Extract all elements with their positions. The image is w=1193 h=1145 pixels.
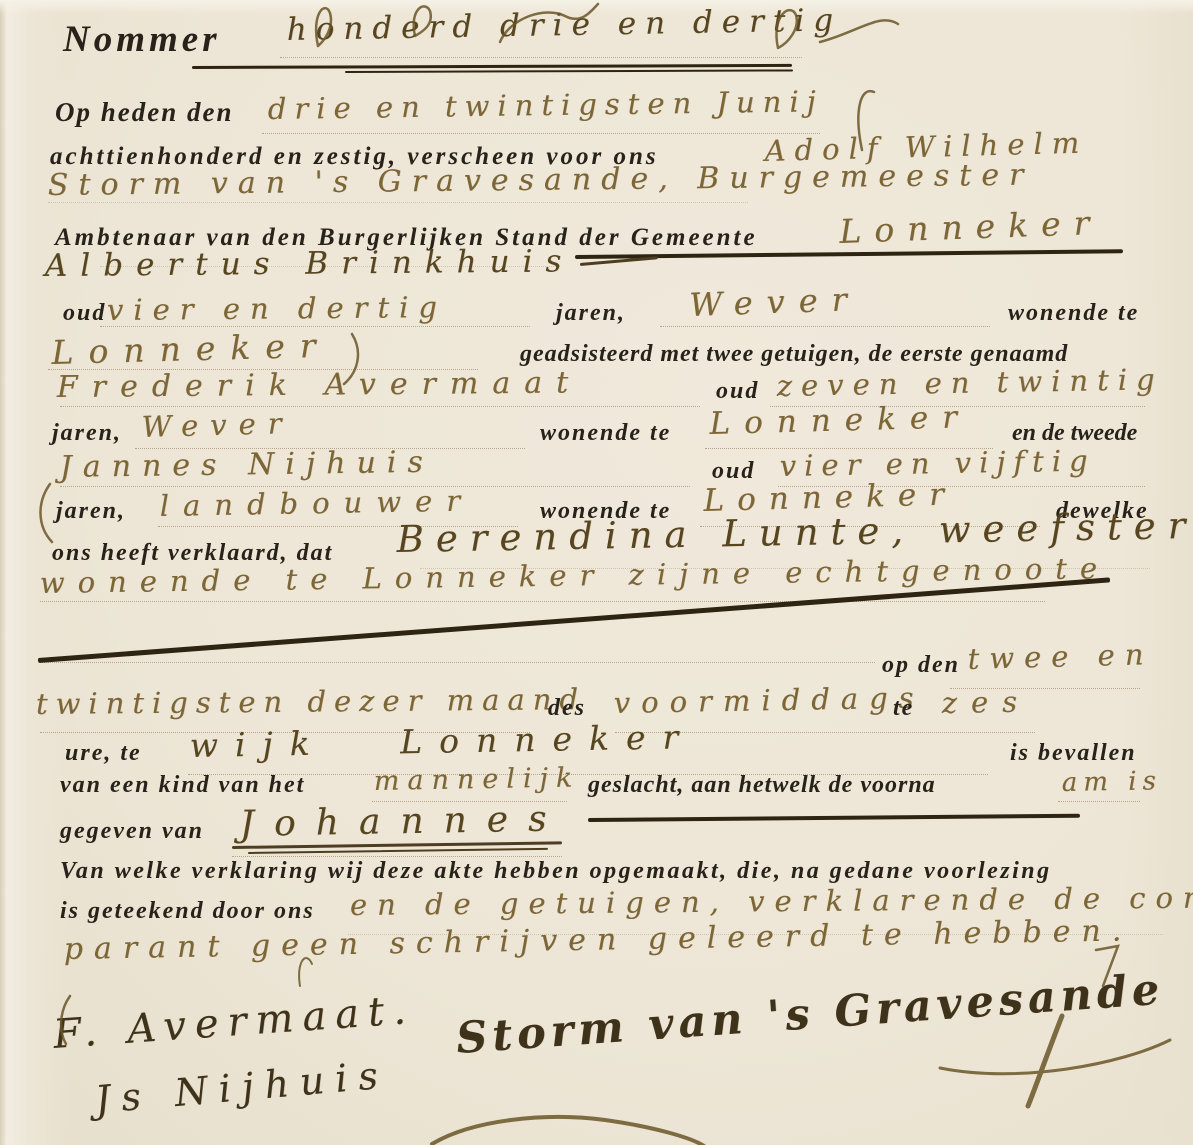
entry-witness1-age: zeven en twintig: [776, 362, 1163, 403]
entry-birth-day-part2: twintigsten dezer maand: [36, 682, 586, 721]
nommer-underline-2: [345, 69, 793, 73]
ruled-line: [40, 662, 875, 663]
entry-birth-place: wijk Lonneker: [189, 717, 695, 765]
printed-ure-te: ure, te: [65, 740, 142, 767]
printed-wonende-te-1: wonende te: [1008, 300, 1139, 327]
flourish-signature-descender: [1028, 1016, 1062, 1106]
nommer-underline: [192, 64, 792, 69]
ruled-line: [280, 57, 802, 58]
ruled-line: [1058, 801, 1140, 802]
printed-jaren: jaren,: [556, 300, 626, 327]
printed-oud: oud: [63, 300, 106, 327]
printed-op-heden-den: Op heden den: [55, 97, 234, 128]
printed-wonende-te-2: wonende te: [540, 420, 671, 447]
signature-witness2: Js Nijhuis: [93, 1052, 390, 1122]
ruled-line: [660, 326, 990, 327]
printed-geslacht-voorna: geslacht, aan hetwelk de voorna: [588, 772, 936, 799]
entry-hour: zes: [941, 684, 1031, 720]
printed-gegeven-van: gegeven van: [60, 818, 204, 845]
printed-geadsisteerd: geadsisteerd met twee getuigen, de eerst…: [520, 341, 1068, 368]
flourish-signature-underline: [940, 1040, 1170, 1074]
entry-declarant-name: Albertus Brinkhuis: [45, 243, 575, 284]
entry-witness1-occupation: Wever: [141, 406, 294, 444]
printed-op-den: op den: [882, 652, 960, 679]
printed-oud-2: oud: [716, 378, 759, 405]
nommer-label: Nommer: [63, 18, 221, 61]
ruled-line: [40, 601, 1045, 602]
entry-child-sex: mannelijk: [373, 762, 580, 797]
flourish-bottom-cutoff: [432, 1117, 704, 1145]
entry-witness1-name: Frederik Avermaat: [57, 365, 583, 405]
entry-gemeente: Lonneker: [839, 203, 1103, 251]
printed-closing-sentence: Van welke verklaring wij deze akte hebbe…: [60, 858, 1052, 885]
printed-is-geteekend: is geteekend door ons: [60, 898, 315, 925]
printed-des: des: [548, 695, 586, 722]
printed-is-bevallen: is bevallen: [1010, 740, 1137, 767]
entry-time-of-day: voormiddags: [613, 681, 924, 720]
nommer-value: honderd drie en dertig: [286, 2, 842, 48]
flourish-left-bracket: [40, 484, 52, 542]
entry-witness2-name: Jannes Nijhuis: [60, 445, 434, 485]
ruled-line: [60, 406, 700, 407]
entry-date: drie en twintigsten Junij: [268, 84, 824, 126]
printed-jaren-2: jaren,: [52, 420, 122, 447]
entry-birth-day-part1: twee en: [967, 637, 1154, 676]
signature-official: Storm van 's Gravesande: [455, 965, 1166, 1064]
blank-fill-rule: [588, 814, 1080, 822]
ruled-line: [262, 133, 820, 134]
child-name-underline-2: [248, 848, 548, 854]
entry-child-name: Johannes: [239, 798, 567, 845]
printed-te: te: [893, 695, 914, 722]
ruled-line: [48, 202, 748, 203]
entry-declarant-age: vier en dertig: [107, 290, 447, 327]
printed-jaren-3: jaren,: [56, 498, 126, 525]
printed-van-een-kind: van een kind van het: [60, 772, 305, 799]
ruled-line: [232, 856, 562, 857]
entry-voornaam-suffix: am is: [1061, 766, 1162, 798]
entry-declarant-occupation: Wever: [689, 280, 862, 324]
signature-witness1: F. Avermaat.: [52, 987, 416, 1058]
entry-witness1-residence: Lonneker: [709, 399, 971, 442]
birth-certificate-document: Nommer honderd drie en dertig Op heden d…: [0, 0, 1193, 1145]
entry-declarant-residence: Lonneker: [51, 326, 331, 372]
